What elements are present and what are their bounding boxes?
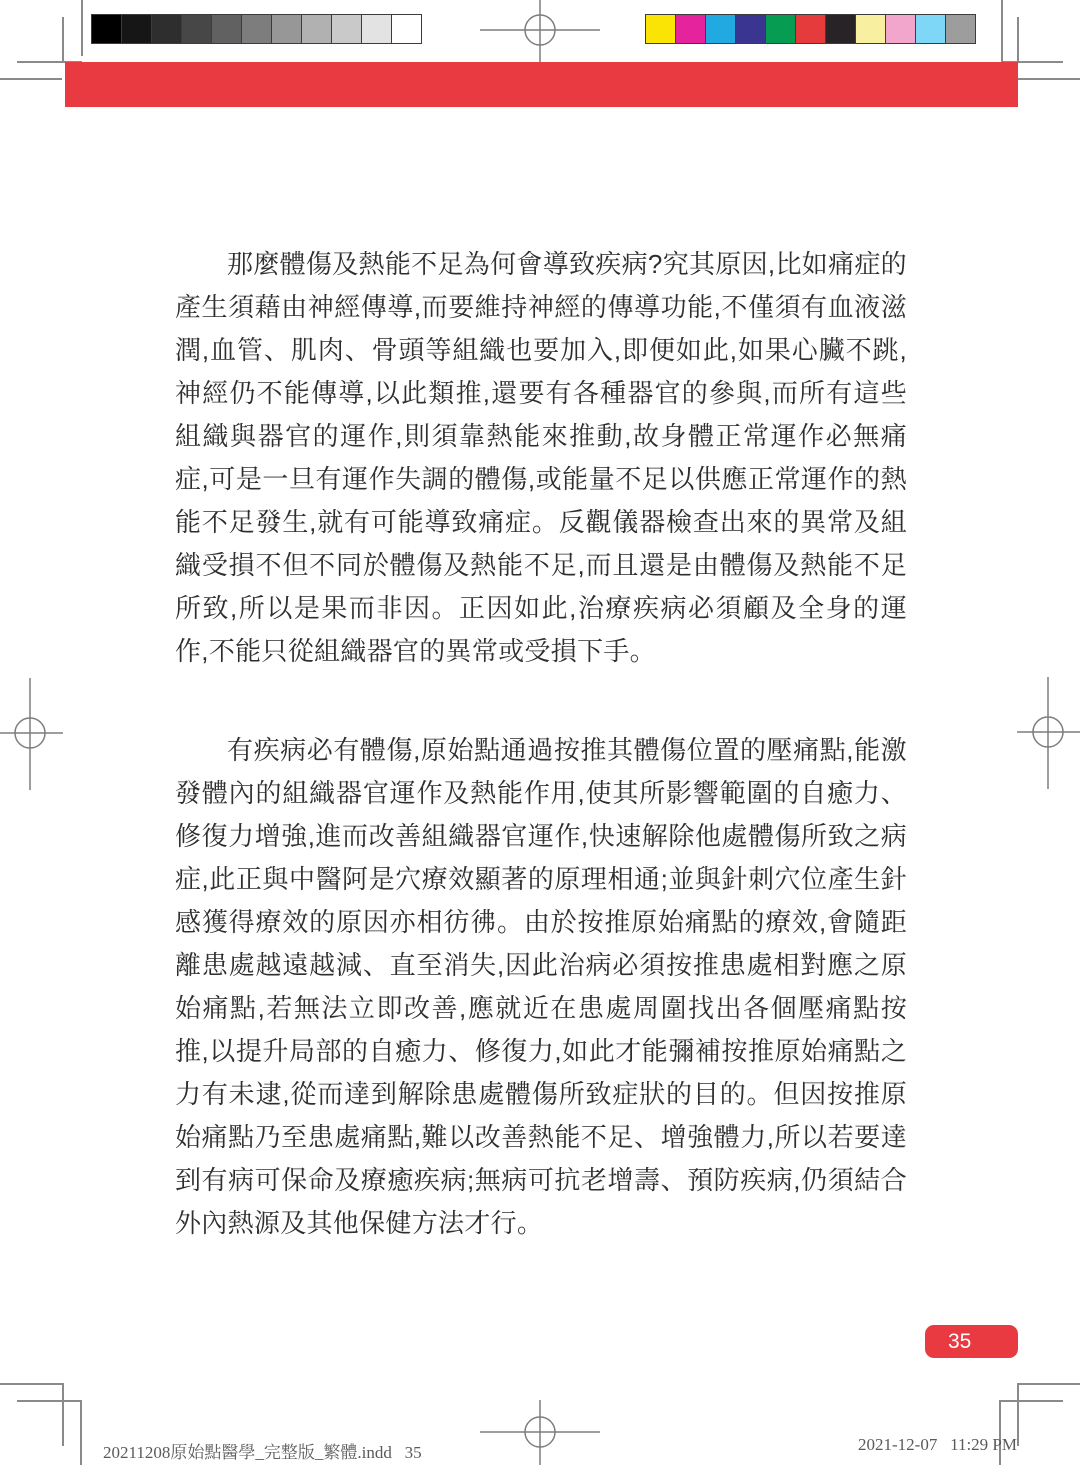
crop-mark-line <box>1018 78 1080 80</box>
registration-mark-bottom <box>480 1372 600 1465</box>
body-text-block: 那麼體傷及熱能不足為何會導致疾病?究其原因,比如痛症的產生須藉由神經傳導,而要維… <box>175 243 907 1245</box>
registration-mark-left <box>0 678 90 795</box>
crop-mark-line <box>62 17 64 63</box>
crop-mark-line <box>0 1383 62 1385</box>
crop-mark-line <box>1018 1383 1080 1385</box>
calibration-swatch <box>391 14 422 44</box>
header-red-band <box>65 62 1018 107</box>
calibration-swatch <box>675 14 706 44</box>
crop-mark-line <box>0 78 62 80</box>
calibration-swatch <box>301 14 332 44</box>
calibration-swatch <box>765 14 796 44</box>
crop-mark-line <box>80 1400 82 1465</box>
crop-mark-line <box>17 1400 80 1402</box>
crop-mark-line <box>999 1400 1001 1465</box>
footer-filename: 20211208原始點醫學_完整版_繁體.indd 35 <box>103 1438 422 1463</box>
footer-timestamp: 2021-12-07 11:29 PM <box>858 1435 1017 1455</box>
calibration-swatch <box>361 14 392 44</box>
calibration-swatch <box>705 14 736 44</box>
calibration-swatch <box>271 14 302 44</box>
crop-mark-line <box>1017 17 1019 63</box>
calibration-swatch <box>825 14 856 44</box>
crop-mark-line <box>81 0 83 56</box>
grayscale-calibration-bar <box>92 14 422 44</box>
registration-target-icon <box>0 678 90 790</box>
calibration-swatch <box>181 14 212 44</box>
calibration-swatch <box>885 14 916 44</box>
crop-mark-line <box>1000 1400 1063 1402</box>
calibration-swatch <box>795 14 826 44</box>
calibration-swatch <box>241 14 272 44</box>
calibration-swatch <box>855 14 886 44</box>
registration-target-icon <box>480 1372 600 1465</box>
page-number-badge: 35 <box>925 1325 1018 1358</box>
calibration-swatch <box>645 14 676 44</box>
calibration-swatch <box>331 14 362 44</box>
calibration-swatch <box>735 14 766 44</box>
registration-target-icon <box>990 677 1080 789</box>
color-calibration-bar <box>646 14 976 44</box>
calibration-swatch <box>91 14 122 44</box>
crop-mark-line <box>62 1383 64 1446</box>
crop-mark-line <box>1017 1383 1019 1446</box>
crop-mark-line <box>1001 0 1003 62</box>
calibration-swatch <box>121 14 152 44</box>
print-proof-page: 那麼體傷及熱能不足為何會導致疾病?究其原因,比如痛症的產生須藉由神經傳導,而要維… <box>0 0 1080 1465</box>
paragraph-2: 有疾病必有體傷,原始點通過按推其體傷位置的壓痛點,能激發體內的組織器官運作及熱能… <box>175 729 907 1245</box>
calibration-swatch <box>915 14 946 44</box>
calibration-swatch <box>945 14 976 44</box>
calibration-swatch <box>211 14 242 44</box>
registration-mark-right <box>990 677 1080 794</box>
page-number: 35 <box>948 1330 971 1353</box>
calibration-swatch <box>151 14 182 44</box>
paragraph-1: 那麼體傷及熱能不足為何會導致疾病?究其原因,比如痛症的產生須藉由神經傳導,而要維… <box>175 243 907 673</box>
